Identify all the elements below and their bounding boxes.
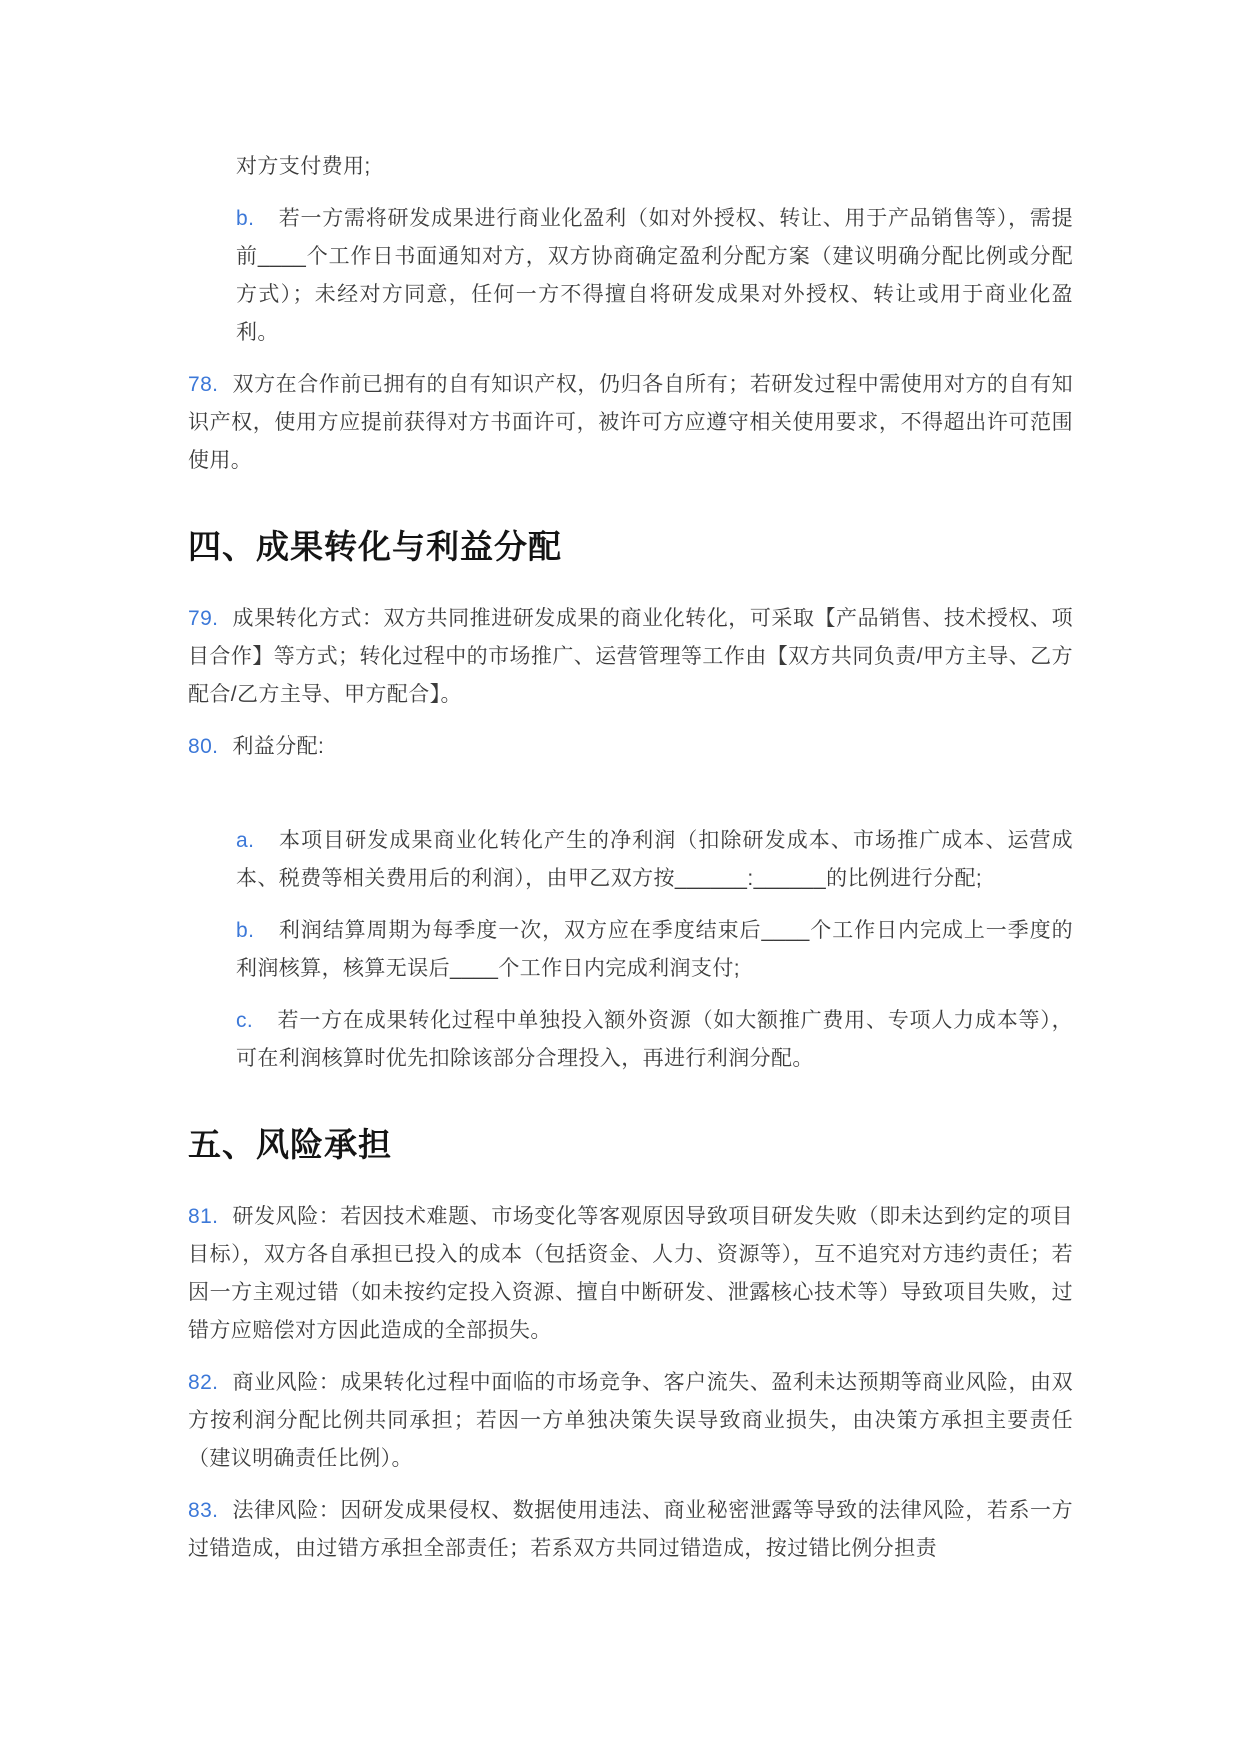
clause-82-number: 82. xyxy=(188,1371,218,1394)
sub-item-80a-text: 本项目研发成果商业化转化产生的净利润（扣除研发成本、市场推广成本、运营成本、税费… xyxy=(236,829,1073,890)
clause-82: 82.商业风险：成果转化过程中面临的市场竞争、客户流失、盈利未达预期等商业风险，… xyxy=(188,1364,1073,1478)
clause-81-number: 81. xyxy=(188,1205,218,1228)
sub-item-80b-marker: b. xyxy=(236,919,254,942)
sub-item-80b-text: 利润结算周期为每季度一次，双方应在季度结束后____个工作日内完成上一季度的利润… xyxy=(236,919,1073,980)
clause-78-text: 双方在合作前已拥有的自有知识产权，仍归各自所有；若研发过程中需使用对方的自有知识… xyxy=(188,373,1073,472)
blank-line xyxy=(188,780,1073,822)
sub-item-80c-marker: c. xyxy=(236,1009,253,1032)
clause-79: 79.成果转化方式：双方共同推进研发成果的商业化转化，可采取【产品销售、技术授权… xyxy=(188,600,1073,714)
section-heading-4: 四、成果转化与利益分配 xyxy=(188,524,1073,570)
sub-item-b-text: 若一方需将研发成果进行商业化盈利（如对外授权、转让、用于产品销售等），需提前__… xyxy=(236,207,1073,344)
clause-78: 78.双方在合作前已拥有的自有知识产权，仍归各自所有；若研发过程中需使用对方的自… xyxy=(188,366,1073,480)
clause-83: 83.法律风险：因研发成果侵权、数据使用违法、商业秘密泄露等导致的法律风险，若系… xyxy=(188,1492,1073,1568)
clause-81-text: 研发风险：若因技术难题、市场变化等客观原因导致项目研发失败（即未达到约定的项目目… xyxy=(188,1205,1073,1342)
clause-78-number: 78. xyxy=(188,373,218,396)
document-page: 对方支付费用; b.若一方需将研发成果进行商业化盈利（如对外授权、转让、用于产品… xyxy=(0,0,1241,1754)
clause-79-number: 79. xyxy=(188,607,218,630)
clause-79-text: 成果转化方式：双方共同推进研发成果的商业化转化，可采取【产品销售、技术授权、项目… xyxy=(188,607,1073,706)
sub-item-continuation-text: 对方支付费用; xyxy=(236,155,371,178)
clause-82-text: 商业风险：成果转化过程中面临的市场竞争、客户流失、盈利未达预期等商业风险，由双方… xyxy=(188,1371,1073,1470)
clause-83-text: 法律风险：因研发成果侵权、数据使用违法、商业秘密泄露等导致的法律风险，若系一方过… xyxy=(188,1499,1073,1560)
sub-item-80a-marker: a. xyxy=(236,829,254,852)
sub-item-a-continuation: 对方支付费用; xyxy=(236,148,1073,186)
clause-80: 80.利益分配: xyxy=(188,728,1073,766)
sub-item-80a: a.本项目研发成果商业化转化产生的净利润（扣除研发成本、市场推广成本、运营成本、… xyxy=(236,822,1073,898)
section-heading-5: 五、风险承担 xyxy=(188,1122,1073,1168)
sub-item-80c: c.若一方在成果转化过程中单独投入额外资源（如大额推广费用、专项人力成本等），可… xyxy=(236,1002,1073,1078)
clause-80-text: 利益分配: xyxy=(232,735,324,758)
clause-83-number: 83. xyxy=(188,1499,218,1522)
clause-81: 81.研发风险：若因技术难题、市场变化等客观原因导致项目研发失败（即未达到约定的… xyxy=(188,1198,1073,1350)
clause-80-number: 80. xyxy=(188,735,218,758)
sub-item-80c-text: 若一方在成果转化过程中单独投入额外资源（如大额推广费用、专项人力成本等），可在利… xyxy=(236,1009,1073,1070)
sub-item-b: b.若一方需将研发成果进行商业化盈利（如对外授权、转让、用于产品销售等），需提前… xyxy=(236,200,1073,352)
sub-item-80b: b.利润结算周期为每季度一次，双方应在季度结束后____个工作日内完成上一季度的… xyxy=(236,912,1073,988)
sub-item-b-marker: b. xyxy=(236,207,254,230)
